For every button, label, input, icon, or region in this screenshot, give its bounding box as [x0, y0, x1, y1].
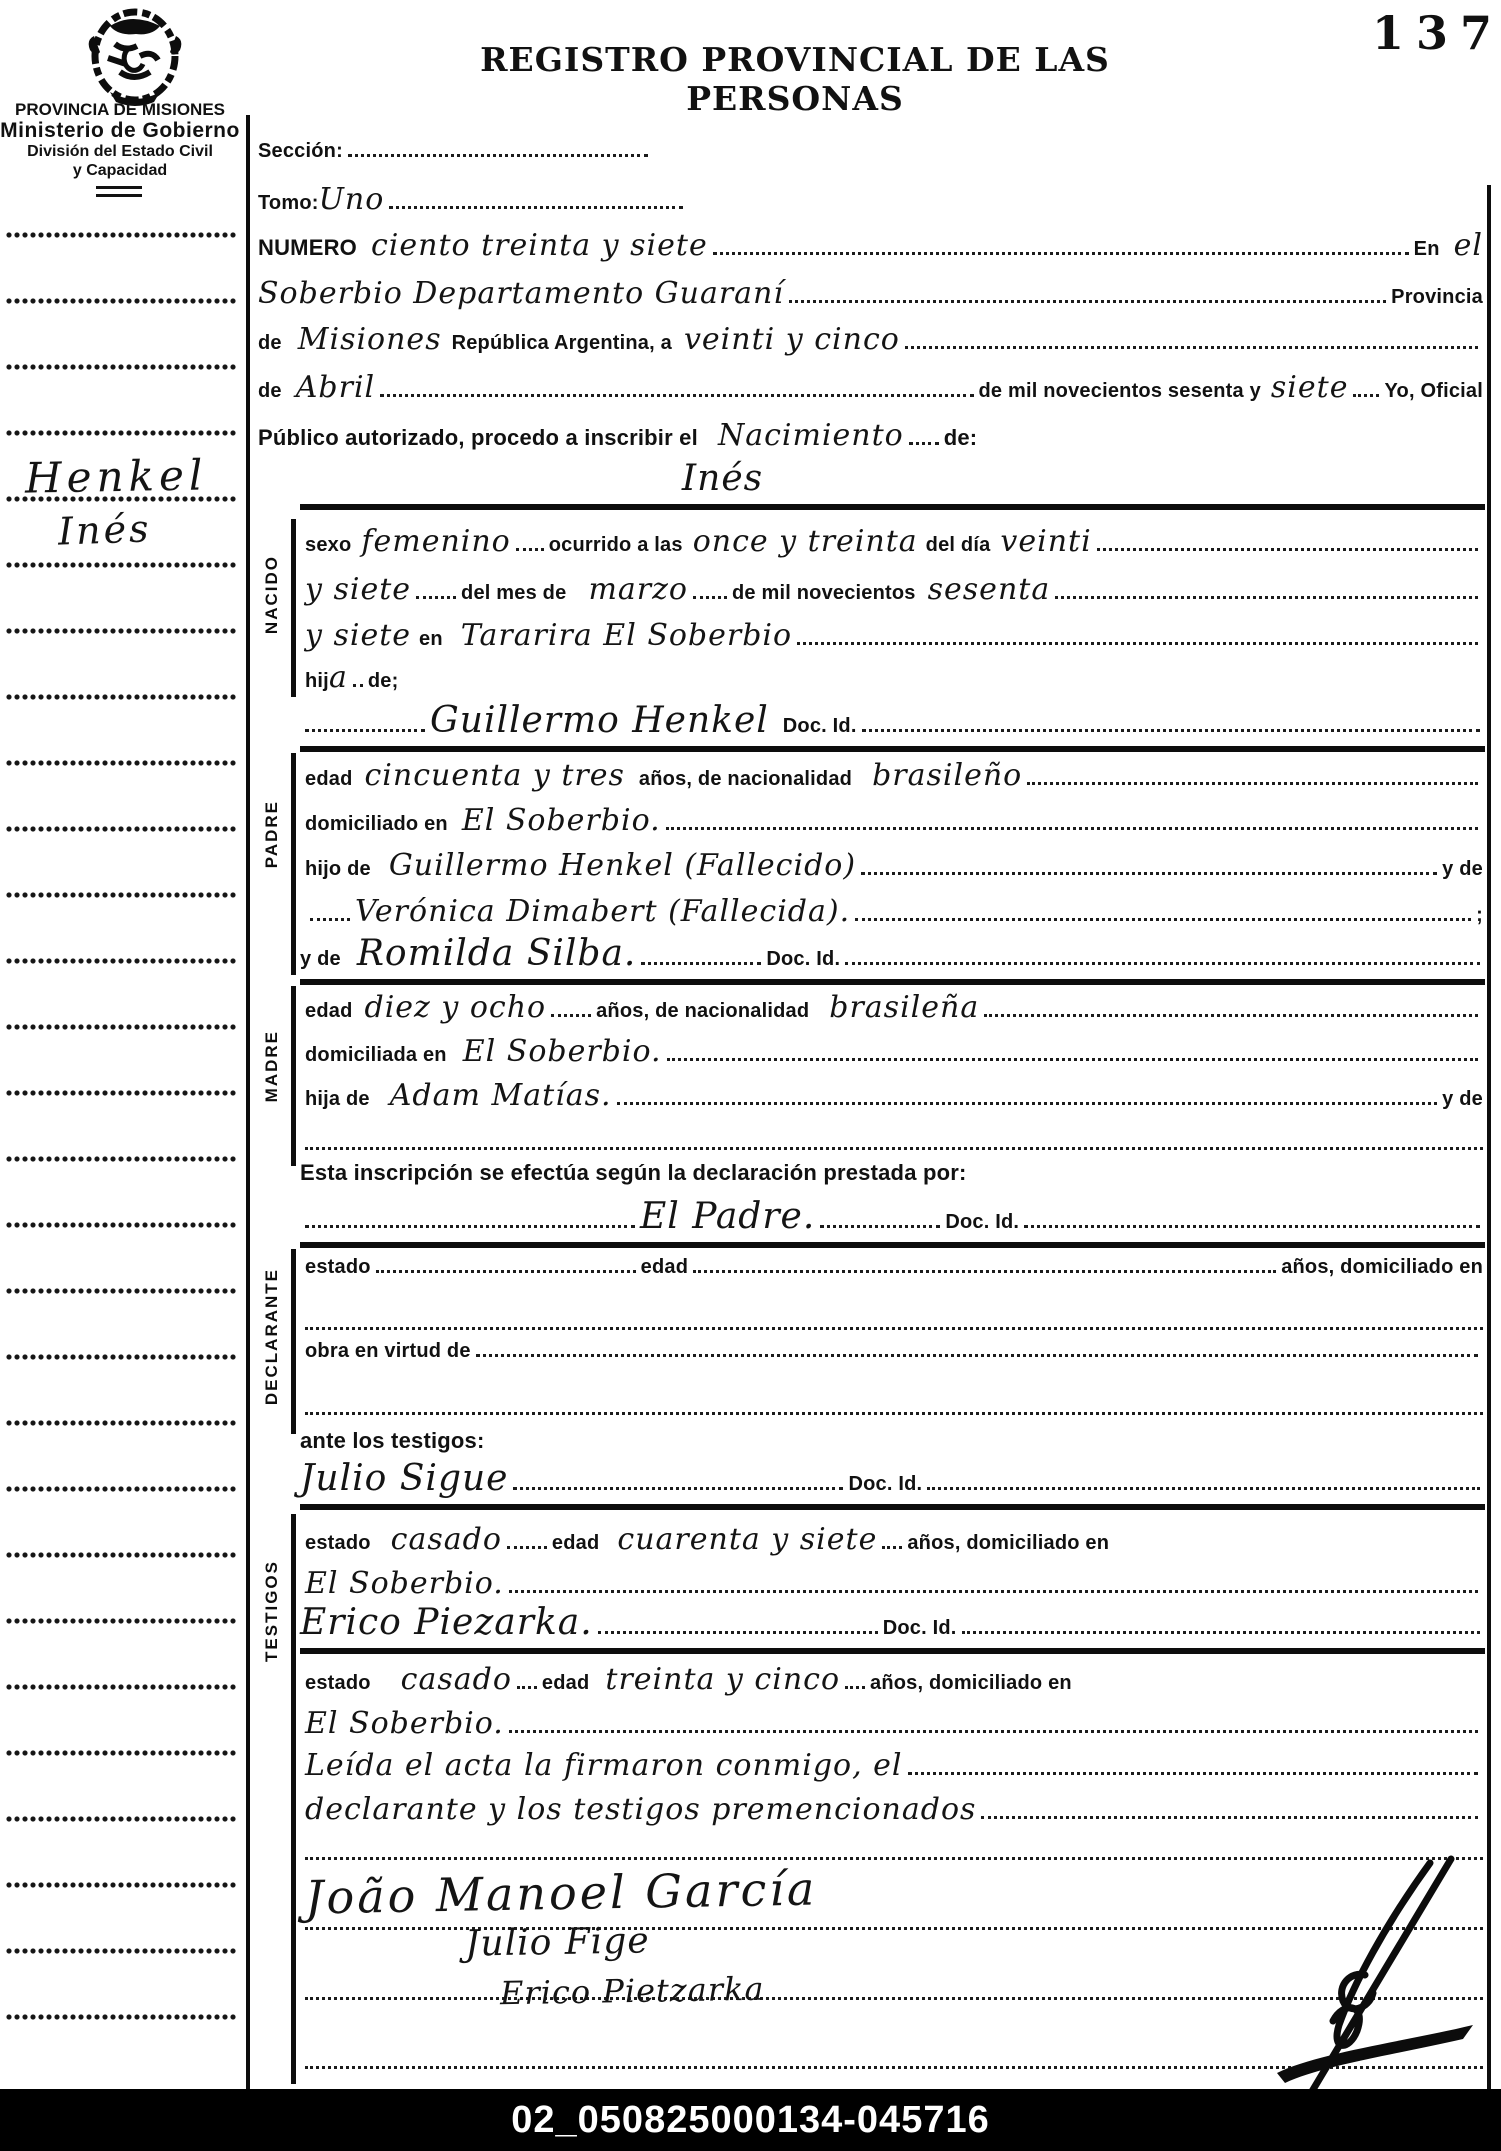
- declarante-bracket: [291, 1249, 296, 1434]
- testigo1-estado-value: casado: [391, 1522, 502, 1557]
- provincia-value: Misiones: [298, 322, 442, 357]
- testigos-intro-row: ante los testigos:: [300, 1428, 700, 1454]
- madre-bracket: [291, 986, 296, 1166]
- testigo2-edad-value: treinta y cinco: [605, 1662, 840, 1697]
- nacido-row-hija: hij a de;: [305, 660, 545, 695]
- en-value: el: [1454, 228, 1483, 263]
- padre-punto-coma: ;: [1476, 904, 1483, 927]
- hijo-de-label: de;: [368, 670, 399, 693]
- padre-bracket: [291, 753, 296, 975]
- margin-surname: Henkel: [25, 450, 208, 502]
- testigo1-domicilio-value: El Soberbio.: [305, 1566, 504, 1601]
- field-lugar: Soberbio Departamento Guaraní Provincia: [258, 276, 1483, 311]
- testigos-intro-label: ante los testigos:: [300, 1428, 485, 1454]
- padre-abuela-value: Verónica Dimabert (Fallecida).: [355, 894, 850, 929]
- en-label: En: [1414, 238, 1440, 261]
- letterhead-divider: [96, 186, 142, 197]
- cierre-linea1-row: Leída el acta la firmaron conmigo, el: [305, 1748, 1483, 1783]
- de-label2: de: [258, 380, 282, 403]
- padre-nacionalidad-label: años, de nacionalidad: [639, 768, 852, 791]
- padre-edad-value: cincuenta y tres: [364, 758, 624, 793]
- testigo1-estado-label: estado: [305, 1532, 371, 1555]
- declarante-name-row: El Padre. Doc. Id.: [300, 1196, 1485, 1248]
- firma-declarante: João Manoel García: [305, 1862, 818, 1925]
- firma-testigo2: Erico Pietzarka: [500, 1970, 765, 2013]
- mes-value: Abril: [296, 370, 375, 405]
- yo-oficial-label: Yo, Oficial: [1384, 380, 1483, 403]
- anio-label: de mil novecientos sesenta y: [979, 380, 1261, 403]
- en-label-nacido: en: [419, 628, 443, 651]
- madre-blank-line: [305, 1115, 1483, 1150]
- testigo1-nombre: Julio Sigue: [300, 1458, 508, 1499]
- hora-value: once y treinta: [693, 524, 918, 559]
- declarante-estado-label: estado: [305, 1256, 371, 1279]
- declarante-row-estado: estado edad años, domiciliado en: [305, 1256, 1483, 1279]
- nacido-bracket: [291, 519, 296, 697]
- padre-abuelo-value: Guillermo Henkel (Fallecido): [389, 848, 856, 883]
- testigo2-domicilio-value: El Soberbio.: [305, 1706, 504, 1741]
- nacido-name-row: Inés: [300, 458, 1485, 510]
- anio-value-1: sesenta: [928, 572, 1051, 607]
- tomo-value: Uno: [319, 182, 385, 217]
- testigo2-row-estado: estado casado edad treinta y cinco años,…: [305, 1662, 1483, 1697]
- madre-hija-de-label: hija de: [305, 1088, 370, 1111]
- acto-value: Nacimiento: [718, 418, 904, 453]
- madre-domicilio-label: domiciliada en: [305, 1044, 447, 1067]
- declarante-doc-id-label: Doc. Id.: [945, 1211, 1019, 1234]
- testigo1-doc-id-label: Doc. Id.: [848, 1473, 922, 1496]
- declarante-obra-label: obra en virtud de: [305, 1340, 471, 1363]
- testigo2-estado-label: estado: [305, 1672, 371, 1695]
- lugar-nacimiento: Tararira El Soberbio: [461, 618, 792, 653]
- anio-value: siete: [1271, 370, 1349, 405]
- declarante-blank-2: [305, 1380, 1483, 1415]
- madre-row-abuelo: hija de Adam Matías. y de: [305, 1078, 1483, 1113]
- padre-y-de-label: y de: [1442, 858, 1483, 881]
- padre-row-abuela: Verónica Dimabert (Fallecida). ;: [305, 894, 1483, 929]
- field-mes: de Abril de mil novecientos sesenta y si…: [258, 370, 1483, 405]
- declarante-section-label: DECLARANTE: [262, 1268, 282, 1405]
- testigo1-edad-value: cuarenta y siete: [617, 1522, 877, 1557]
- de-label: de: [258, 332, 282, 355]
- testigo1-row-estado: estado casado edad cuarenta y siete años…: [305, 1522, 1483, 1557]
- madre-y-de-label2: y de: [1442, 1088, 1483, 1111]
- declarante-edad-label: edad: [641, 1256, 688, 1279]
- hijo-sufijo: a: [329, 660, 348, 695]
- testigos-section-label: TESTIGOS: [262, 1560, 282, 1662]
- padre-section-label: PADRE: [262, 800, 282, 868]
- padre-doc-id-label: Doc. Id.: [783, 715, 857, 738]
- declarante-row-obra: obra en virtud de: [305, 1340, 1483, 1363]
- declarante-domicilio-label: años, domiciliado en: [1281, 1256, 1483, 1279]
- testigo2-nombre: Erico Piezarka.: [300, 1602, 593, 1643]
- dia-value-1: veinti: [1000, 524, 1091, 559]
- numero-label: NUMERO: [258, 235, 357, 261]
- nacido-row-lugar: y siete en Tararira El Soberbio: [305, 618, 1483, 653]
- testigo1-edad-label: edad: [552, 1532, 599, 1555]
- footer-bar: 02_050825000134-045716: [0, 2089, 1501, 2151]
- nacido-row-sexo: sexo femenino ocurrido a las once y trei…: [305, 524, 1483, 559]
- letterhead-line2: Ministerio de Gobierno: [0, 119, 240, 143]
- mes-value-nacido: marzo: [588, 572, 688, 607]
- field-seccion: Sección:: [258, 140, 653, 163]
- document-page: 137 REGISTRO PROVINCIAL DE LAS PERSONAS …: [0, 0, 1501, 2151]
- testigos-bracket: [291, 1514, 296, 2084]
- padre-domicilio-value: El Soberbio.: [462, 803, 661, 838]
- madre-edad-value: diez y ocho: [364, 990, 546, 1025]
- publico-label: Público autorizado, procedo a inscribir …: [258, 425, 698, 451]
- mes-label: del mes de: [461, 582, 566, 605]
- letterhead-line4: y Capacidad: [0, 162, 240, 180]
- hijo-label: hij: [305, 670, 329, 693]
- de-colon-label: de:: [944, 425, 978, 451]
- firma-oficial-icon: [1215, 1855, 1485, 2100]
- cierre-linea2-row: declarante y los testigos premencionados: [305, 1792, 1483, 1827]
- declarante-intro-row: Esta inscripción se efectúa según la dec…: [300, 1160, 1200, 1186]
- testigo2-name-row: Erico Piezarka. Doc. Id.: [300, 1602, 1485, 1654]
- padre-hijo-de-label: hijo de: [305, 858, 371, 881]
- dia-label: del día: [926, 534, 991, 557]
- testigo2-domicilio-label: años, domiciliado en: [870, 1672, 1072, 1695]
- padre-edad-label: edad: [305, 768, 352, 791]
- madre-abuelo-value: Adam Matías.: [390, 1078, 612, 1113]
- madre-nacionalidad-value: brasileña: [829, 990, 979, 1025]
- madre-row-edad: edad diez y ocho años, de nacionalidad b…: [305, 990, 1483, 1025]
- sexo-value: femenino: [361, 524, 510, 559]
- provincial-seal-icon: [80, 6, 190, 110]
- padre-row-abuelo: hijo de Guillermo Henkel (Fallecido) y d…: [305, 848, 1483, 883]
- sexo-label: sexo: [305, 534, 351, 557]
- numero-value: ciento treinta y siete: [371, 228, 708, 263]
- document-title: REGISTRO PROVINCIAL DE LAS PERSONAS: [390, 40, 1200, 118]
- field-tomo: Tomo: Uno: [258, 182, 688, 217]
- padre-domicilio-label: domiciliado en: [305, 813, 448, 836]
- firma-testigo1: Julio Fige: [465, 1920, 650, 1964]
- field-acto: Público autorizado, procedo a inscribir …: [258, 418, 1258, 453]
- seccion-label: Sección:: [258, 140, 343, 163]
- testigo2-estado-value: casado: [401, 1662, 512, 1697]
- madre-row-domicilio: domiciliada en El Soberbio.: [305, 1034, 1483, 1069]
- lugar-value: Soberbio Departamento Guaraní: [258, 276, 784, 311]
- letterhead-line3: División del Estado Civil: [0, 143, 240, 161]
- padre-name-row: Guillermo Henkel Doc. Id.: [300, 700, 1485, 752]
- letterhead-line1: PROVINCIA DE MISIONES: [0, 100, 240, 120]
- madre-nombre: Romilda Silba.: [357, 933, 637, 974]
- testigo2-doc-id-label: Doc. Id.: [883, 1617, 957, 1640]
- madre-edad-label: edad: [305, 1000, 352, 1023]
- padre-row-domicilio: domiciliado en El Soberbio.: [305, 803, 1483, 838]
- testigo2-edad-label: edad: [542, 1672, 589, 1695]
- madre-domicilio-value: El Soberbio.: [463, 1034, 662, 1069]
- declarante-intro-label: Esta inscripción se efectúa según la dec…: [300, 1160, 967, 1186]
- padre-row-edad: edad cincuenta y tres años, de nacionali…: [305, 758, 1483, 793]
- testigo1-name-row: Julio Sigue Doc. Id.: [300, 1458, 1485, 1510]
- testigo1-domicilio-label: años, domiciliado en: [907, 1532, 1109, 1555]
- right-border: [1487, 185, 1491, 2090]
- margin-given-name: Inés: [57, 506, 152, 553]
- madre-doc-id-label: Doc. Id.: [766, 948, 840, 971]
- vertical-divider: [246, 115, 250, 2090]
- nacido-nombre: Inés: [682, 458, 763, 499]
- anio-label-nacido: de mil novecientos: [732, 582, 916, 605]
- anio-value-2: y siete: [305, 618, 411, 653]
- madre-section-label: MADRE: [262, 1030, 282, 1102]
- padre-nacionalidad-value: brasileño: [872, 758, 1022, 793]
- nacido-section-label: NACIDO: [262, 555, 282, 634]
- declarante-value: El Padre.: [640, 1196, 815, 1237]
- cierre-linea2: declarante y los testigos premencionados: [305, 1792, 976, 1827]
- fecha-dia-value: veinti y cinco: [684, 322, 900, 357]
- cierre-linea1: Leída el acta la firmaron conmigo, el: [305, 1748, 903, 1783]
- madre-name-row: y de Romilda Silba. Doc. Id.: [300, 933, 1485, 985]
- padre-nombre: Guillermo Henkel: [430, 700, 769, 741]
- page-number: 137: [1372, 6, 1501, 60]
- dia-value-2: y siete: [305, 572, 411, 607]
- testigo2-row-domicilio: El Soberbio.: [305, 1706, 1483, 1741]
- declarante-blank-1: [305, 1295, 1483, 1330]
- madre-nacionalidad-label: años, de nacionalidad: [596, 1000, 809, 1023]
- field-numero: NUMERO ciento treinta y siete En el: [258, 228, 1483, 263]
- ocurrido-label: ocurrido a las: [549, 534, 683, 557]
- nacido-row-mes: y siete del mes de marzo de mil novecien…: [305, 572, 1483, 607]
- testigo1-row-domicilio: El Soberbio.: [305, 1566, 1483, 1601]
- provincia-label: Provincia: [1391, 286, 1483, 309]
- footer-reference: 02_050825000134-045716: [511, 2099, 989, 2142]
- madre-y-de-label: y de: [300, 948, 341, 971]
- republica-label: República Argentina, a: [452, 332, 672, 355]
- tomo-label: Tomo:: [258, 192, 319, 215]
- field-provincia: de Misiones República Argentina, a veint…: [258, 322, 1483, 357]
- seccion-blank: [348, 154, 648, 157]
